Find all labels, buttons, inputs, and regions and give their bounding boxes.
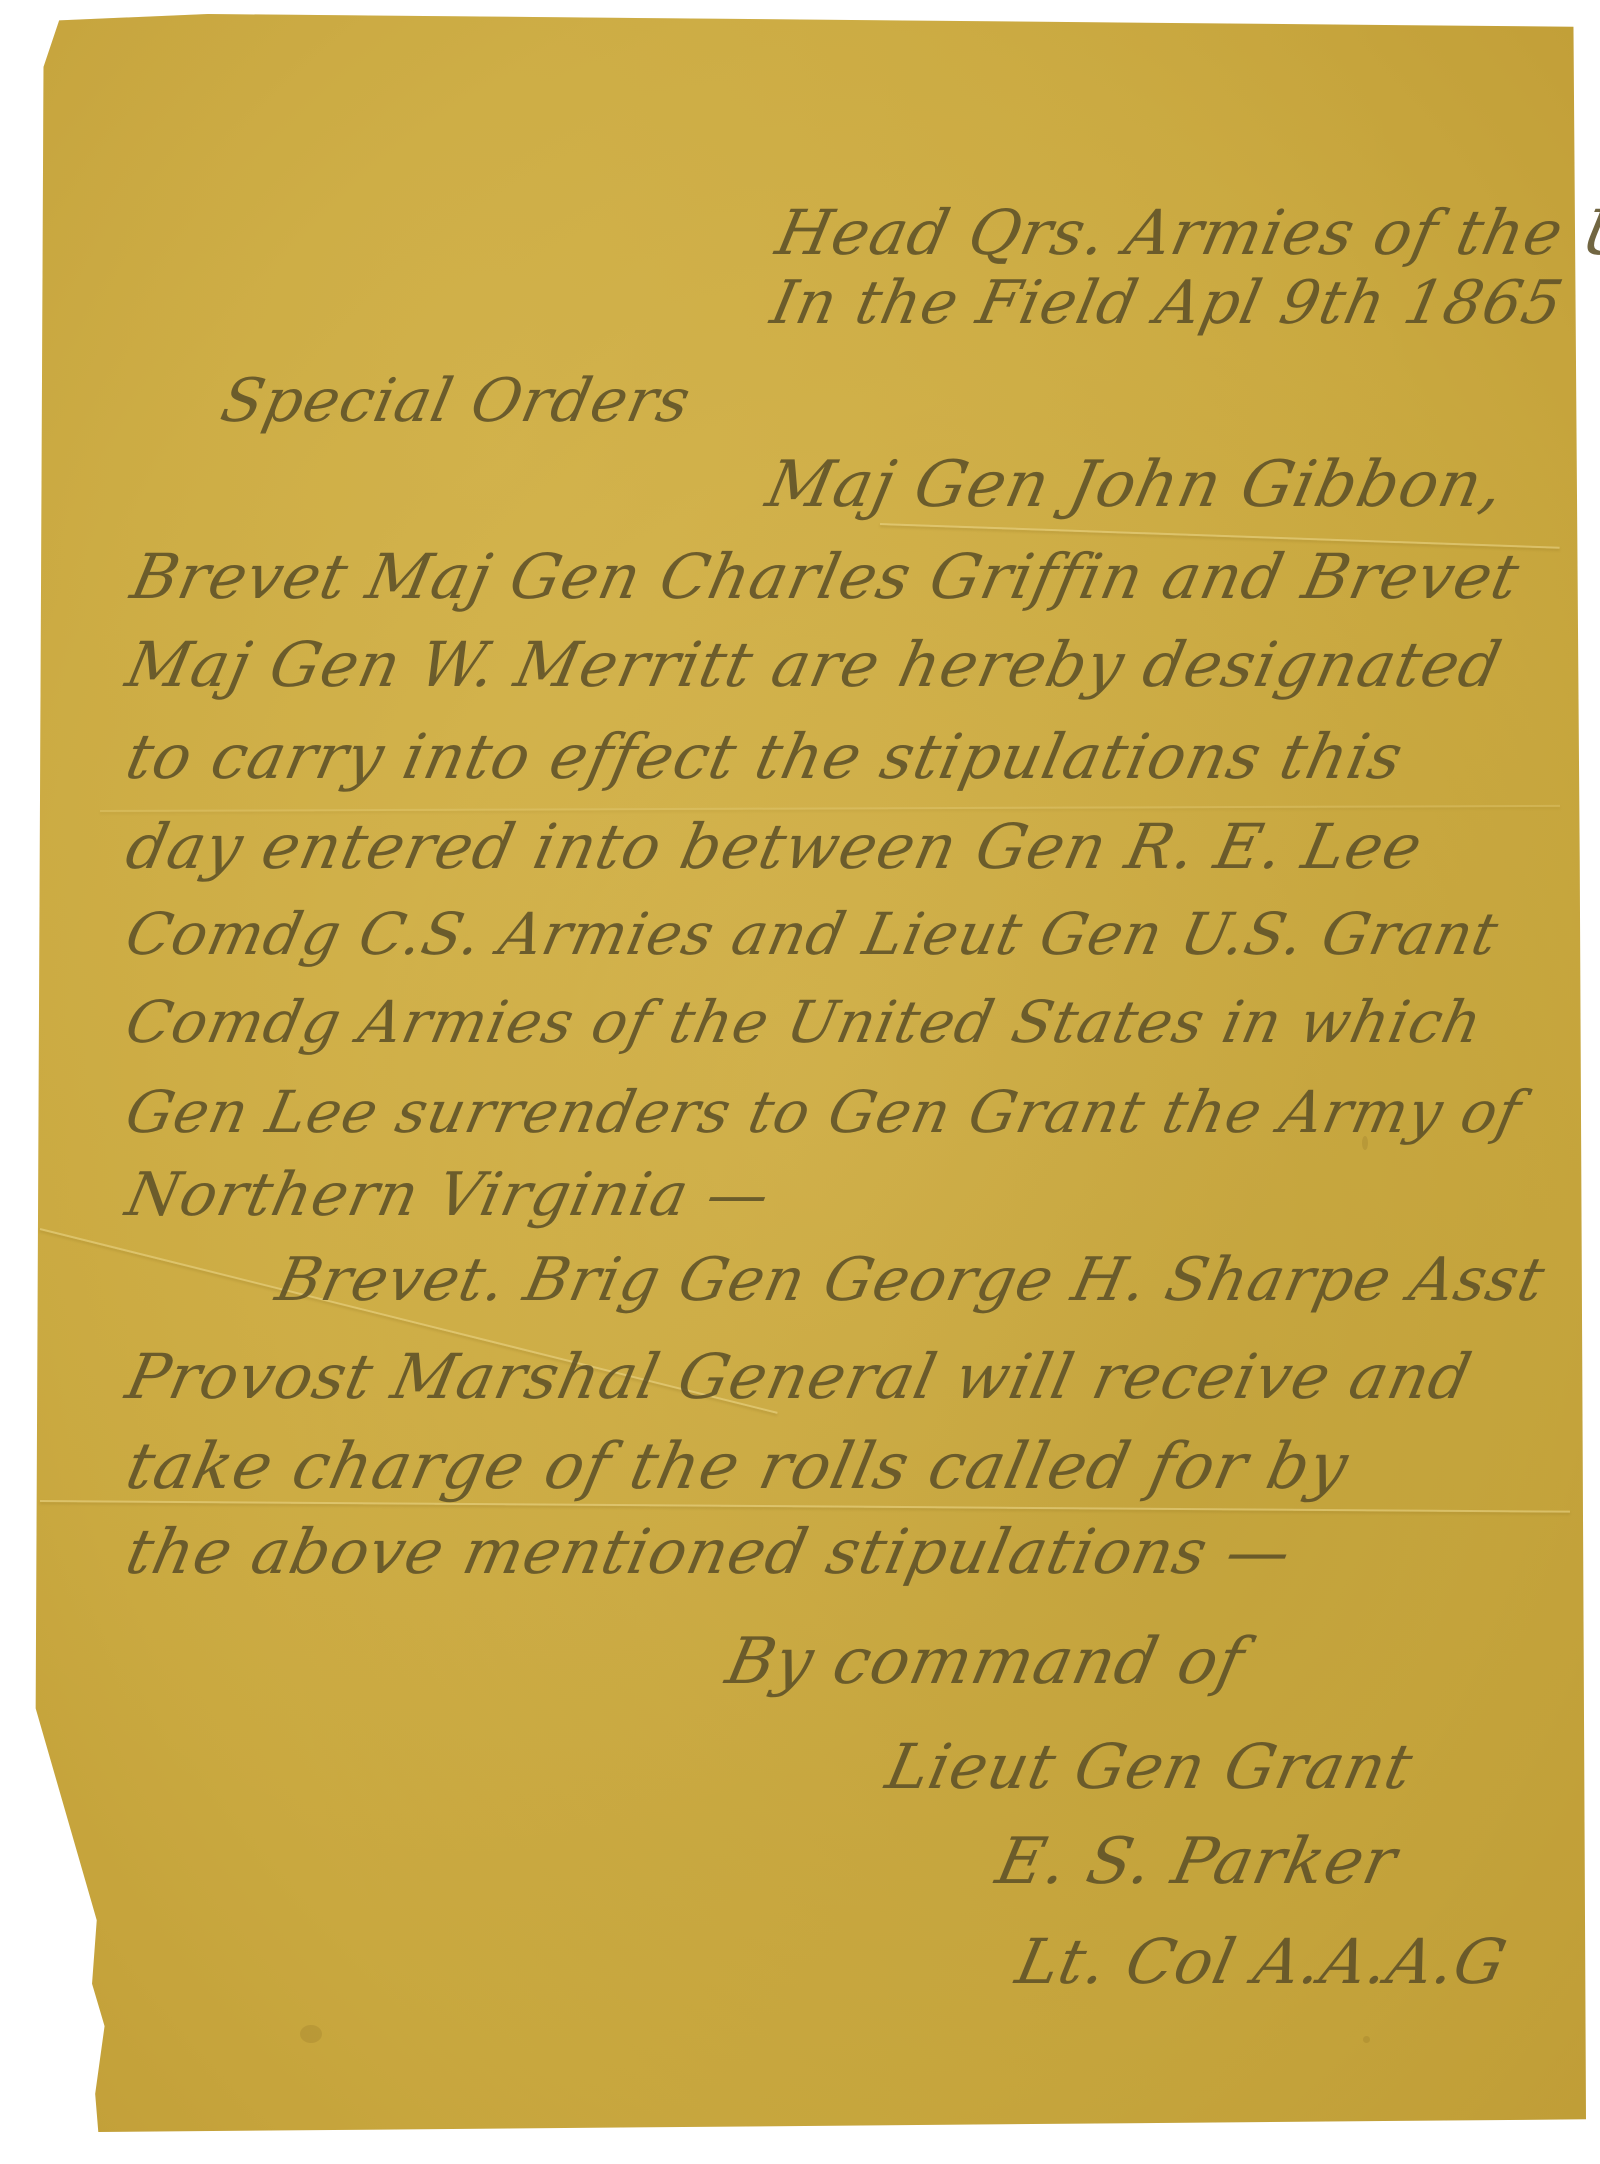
body-line-5: day entered into between Gen R. E. Lee (120, 810, 1429, 883)
body-line-12: take charge of the rolls called for by (120, 1430, 1355, 1504)
signature-rank: Lt. Col A.A.A.G (1010, 1925, 1513, 1998)
heading-line-1: Head Qrs. Armies of the U.S (770, 196, 1600, 269)
body-line-3: Maj Gen W. Merritt are hereby designated (120, 628, 1508, 701)
body-line-6: Comdg C.S. Armies and Lieut Gen U.S. Gra… (120, 900, 1505, 968)
body-line-10: Brevet. Brig Gen George H. Sharpe Asst (270, 1245, 1551, 1315)
closing-by-command: By command of (720, 1625, 1251, 1699)
signature-name: E. S. Parker (990, 1825, 1404, 1899)
document-title: Special Orders (215, 366, 697, 436)
body-line-4: to carry into effect the stipulations th… (120, 720, 1410, 793)
paper-speck (1363, 2036, 1370, 2043)
body-line-2: Brevet Maj Gen Charles Griffin and Breve… (125, 540, 1526, 613)
body-line-11: Provost Marshal General will receive and (120, 1340, 1478, 1413)
heading-line-2: In the Field Apl 9th 1865 (765, 268, 1569, 338)
body-line-7: Comdg Armies of the United States in whi… (120, 988, 1489, 1056)
body-line-1: Maj Gen John Gibbon, (760, 448, 1511, 522)
closing-lieut-gen-grant: Lieut Gen Grant (880, 1730, 1420, 1803)
body-line-8: Gen Lee surrenders to Gen Grant the Army… (120, 1078, 1528, 1146)
paper-stain (300, 2025, 322, 2043)
body-line-13: the above mentioned stipulations — (120, 1515, 1298, 1588)
body-line-9: Northern Virginia — (120, 1160, 776, 1230)
